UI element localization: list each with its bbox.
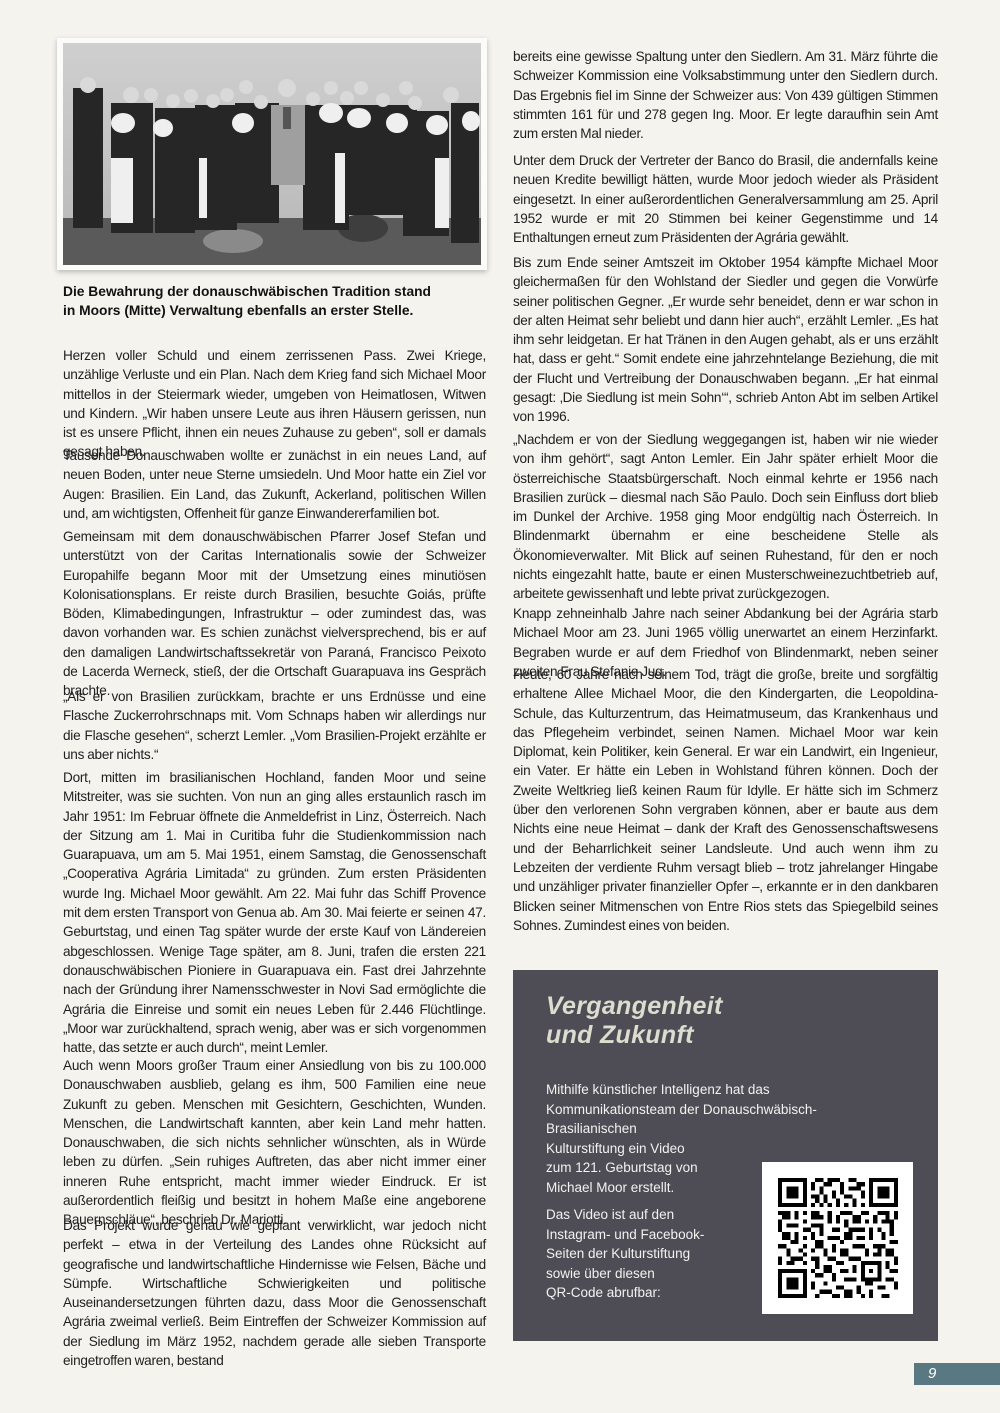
info-box-paragraph-1: Mithilfe künstlicher Intelligenz hat das… bbox=[546, 1080, 766, 1197]
article-paragraph: Tausende Donauschwaben wollte er zunächs… bbox=[63, 446, 486, 523]
article-paragraph: Das Projekt wurde genau wie geplant verw… bbox=[63, 1216, 486, 1370]
info-line: Das Video ist auf den bbox=[546, 1205, 766, 1225]
qr-code[interactable] bbox=[762, 1162, 913, 1314]
info-line: Seiten der Kulturstiftung bbox=[546, 1244, 766, 1264]
info-line: Kulturstiftung ein Video bbox=[546, 1139, 766, 1159]
info-box-title: Vergangenheit und Zukunft bbox=[546, 992, 846, 1050]
info-line: sowie über diesen bbox=[546, 1264, 766, 1284]
info-box-title-line-1: Vergangenheit bbox=[546, 992, 846, 1021]
article-paragraph: Herzen voller Schuld und einem zerrissen… bbox=[63, 346, 486, 462]
info-line: zum 121. Geburtstag von bbox=[546, 1158, 766, 1178]
article-paragraph: Auch wenn Moors großer Traum einer Ansie… bbox=[63, 1056, 486, 1230]
info-box: Vergangenheit und Zukunft Mithilfe künst… bbox=[513, 970, 938, 1341]
page-number-badge: 9 bbox=[914, 1363, 1000, 1385]
article-paragraph: Heute, 60 Jahre nach seinem Tod, trägt d… bbox=[513, 665, 938, 935]
qr-code-icon bbox=[778, 1178, 898, 1298]
page-number: 9 bbox=[928, 1365, 936, 1382]
caption-line-1: Die Bewahrung der donauschwäbischen Trad… bbox=[63, 283, 486, 302]
article-paragraph: „Als er von Brasilien zurückkam, brachte… bbox=[63, 687, 486, 764]
article-paragraph: Unter dem Druck der Vertreter der Banco … bbox=[513, 151, 938, 247]
info-box-title-line-2: und Zukunft bbox=[546, 1021, 846, 1050]
photo-frame bbox=[57, 38, 487, 270]
article-paragraph: Dort, mitten im brasilianischen Hochland… bbox=[63, 768, 486, 1057]
group-photo-illustration bbox=[63, 43, 481, 265]
article-paragraph: Bis zum Ende seiner Amtszeit im Oktober … bbox=[513, 253, 938, 427]
photo-caption: Die Bewahrung der donauschwäbischen Trad… bbox=[63, 283, 486, 320]
info-box-text: Mithilfe künstlicher Intelligenz hat das… bbox=[546, 1080, 766, 1311]
article-paragraph: „Nachdem er von der Siedlung weggegangen… bbox=[513, 430, 938, 604]
info-line: Kommunikationsteam der Donauschwäbisch- bbox=[546, 1100, 766, 1120]
article-paragraph: bereits eine gewisse Spaltung unter den … bbox=[513, 47, 938, 143]
info-line: Mithilfe künstlicher Intelligenz hat das bbox=[546, 1080, 876, 1100]
info-box-paragraph-2: Das Video ist auf den Instagram- und Fac… bbox=[546, 1205, 766, 1303]
info-line: Brasilianischen bbox=[546, 1119, 766, 1139]
info-line: Michael Moor erstellt. bbox=[546, 1178, 766, 1198]
caption-line-2: in Moors (Mitte) Verwaltung ebenfalls an… bbox=[63, 302, 486, 321]
info-line: Instagram- und Facebook- bbox=[546, 1225, 766, 1245]
info-line: QR-Code abrufbar: bbox=[546, 1283, 766, 1303]
article-paragraph: Gemeinsam mit dem donauschwäbischen Pfar… bbox=[63, 527, 486, 701]
group-photo bbox=[63, 43, 481, 265]
